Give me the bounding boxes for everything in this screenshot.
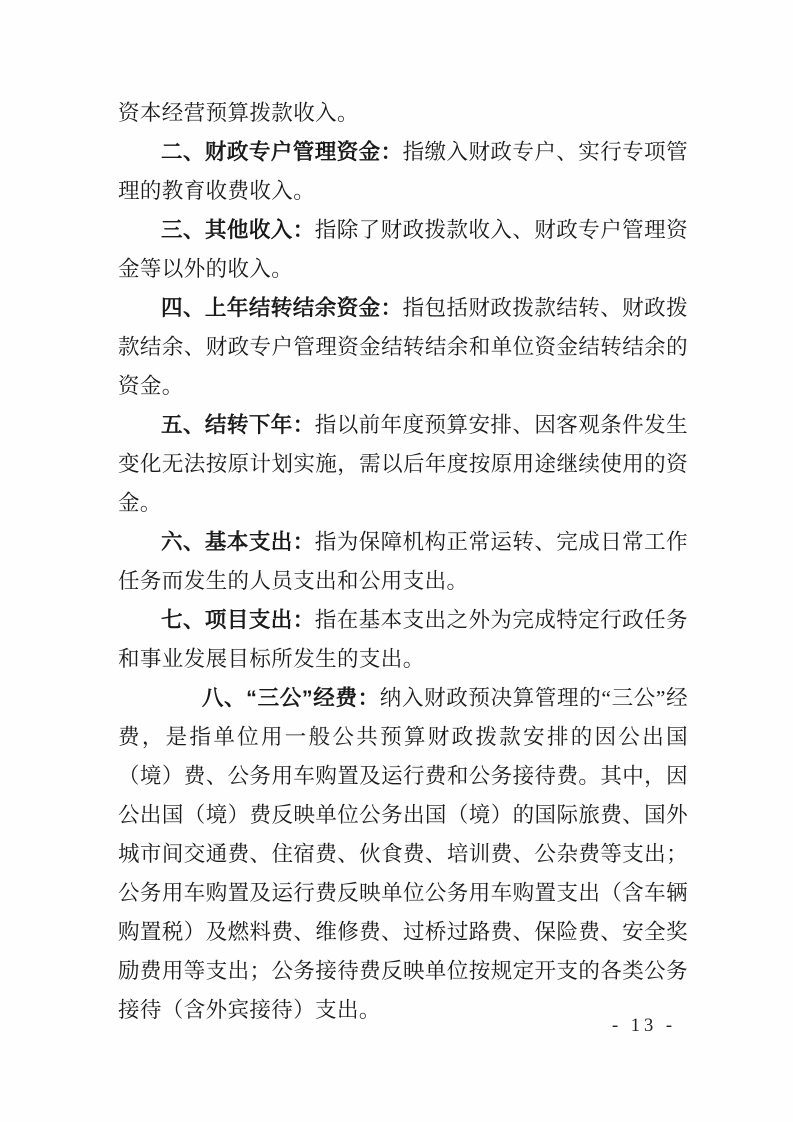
definition-paragraph-6: 六、基本支出：指为保障机构正常运转、完成日常工作任务而发生的人员支出和公用支出。	[118, 523, 688, 601]
page-footer: - 13 -	[612, 1016, 676, 1037]
paragraph-continuation: 资本经营预算拨款收入。	[118, 94, 688, 133]
document-page: 资本经营预算拨款收入。 二、财政专户管理资金：指缴入财政专户、实行专项管理的教育…	[0, 0, 793, 1122]
term-label: 七、项目支出：	[161, 608, 315, 632]
term-label: 五、结转下年：	[161, 413, 315, 437]
term-label: 三、其他收入：	[161, 218, 315, 242]
definition-paragraph-3: 三、其他收入：指除了财政拨款收入、财政专户管理资金等以外的收入。	[118, 211, 688, 289]
term-label: 八、“三公”经费：	[202, 686, 380, 710]
definition-paragraph-5: 五、结转下年：指以前年度预算安排、因客观条件发生变化无法按原计划实施，需以后年度…	[118, 406, 688, 523]
term-label: 二、财政专户管理资金：	[161, 140, 403, 164]
page-number: - 13 -	[612, 1016, 676, 1036]
term-label: 四、上年结转结余资金：	[161, 296, 403, 320]
paragraph-text: 纳入财政预决算管理的“三公”经费，是指单位用一般公共预算财政拨款安排的因公出国（…	[118, 686, 688, 1022]
term-label: 六、基本支出：	[161, 530, 315, 554]
definition-paragraph-2: 二、财政专户管理资金：指缴入财政专户、实行专项管理的教育收费收入。	[118, 133, 688, 211]
paragraph-text: 资本经营预算拨款收入。	[118, 101, 359, 125]
page-body-text: 资本经营预算拨款收入。 二、财政专户管理资金：指缴入财政专户、实行专项管理的教育…	[118, 94, 688, 1030]
definition-paragraph-8: 八、“三公”经费：纳入财政预决算管理的“三公”经费，是指单位用一般公共预算财政拨…	[118, 679, 688, 1030]
definition-paragraph-4: 四、上年结转结余资金：指包括财政拨款结转、财政拨款结余、财政专户管理资金结转结余…	[118, 289, 688, 406]
definition-paragraph-7: 七、项目支出：指在基本支出之外为完成特定行政任务和事业发展目标所发生的支出。	[118, 601, 688, 679]
